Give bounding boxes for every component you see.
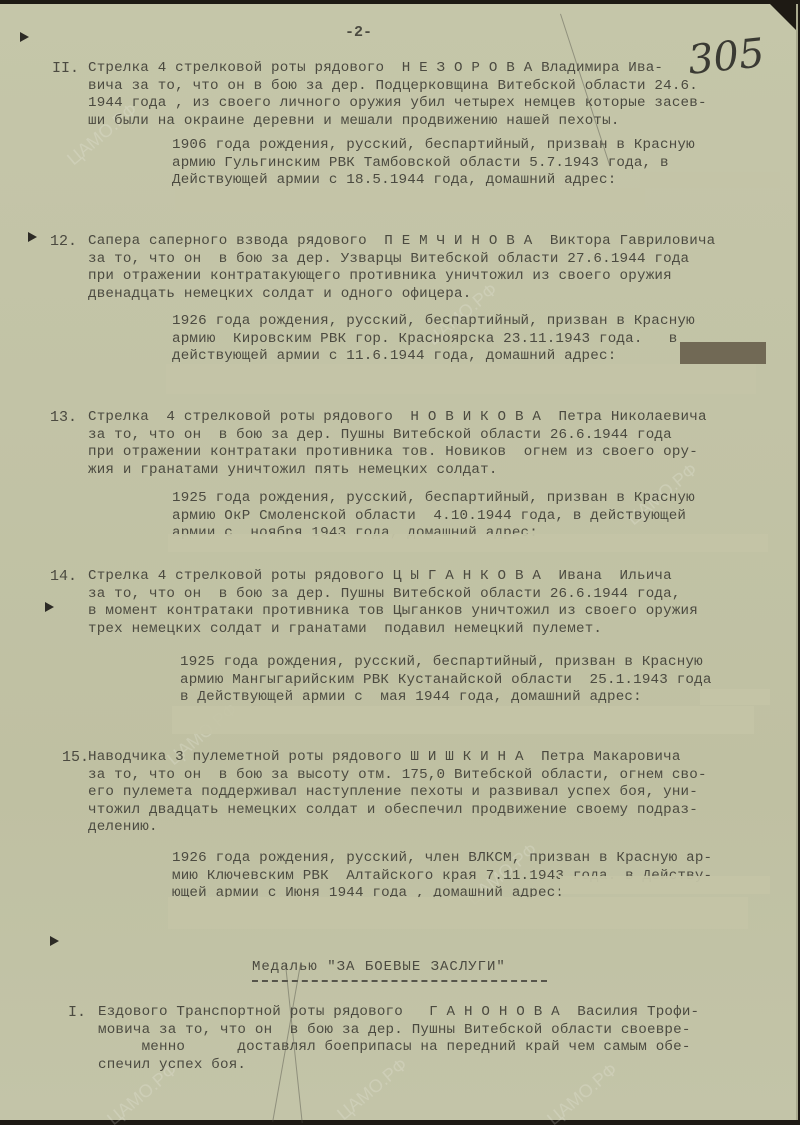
margin-mark [45,602,54,612]
entry-bio: 1926 года рождения, русский, беспартийны… [172,313,695,366]
entry-bio: 1906 года рождения, русский, беспартийны… [172,137,695,190]
redacted-address [166,364,756,394]
entry-number: II. [52,60,79,77]
page-corner [770,4,796,30]
redacted-address [560,876,770,894]
entry-text: Наводчика 3 пулеметной роты рядового Ш И… [88,749,707,837]
entry-number: 14. [50,568,77,585]
entry-text: Сапера саперного взвода рядового П Е М Ч… [88,233,715,303]
entry-bio: 1925 года рождения, русский, беспартийны… [180,654,712,707]
entry-text: Стрелка 4 стрелковой роты рядового Н Е З… [88,60,707,130]
entry-number: 12. [50,233,77,250]
entry-text: Стрелка 4 стрелковой роты рядового Н О В… [88,409,707,479]
margin-mark [28,232,37,242]
redacted-address [640,172,780,188]
redacted-address [168,534,768,552]
redacted-address [172,706,754,734]
margin-mark [50,936,59,946]
entry-number: 13. [50,409,77,426]
redacted-address [168,897,748,929]
redacted-address [680,342,766,364]
entry-number: I. [68,1004,86,1021]
margin-mark [20,32,29,42]
redacted-address [175,188,645,212]
document-page: ЦАМО.РФ ЦАМО.РФ ЦАМО.РФ ЦАМО.РФ ЦАМО.РФ … [0,4,798,1120]
entry-text: Ездового Транспортной роты рядового Г А … [98,1004,699,1074]
page-number: -2- [345,24,372,41]
heading-underline [252,980,547,982]
entry-number: 15. [62,749,89,766]
redacted-address [700,689,770,705]
entry-text: Стрелка 4 стрелковой роты рядового Ц Ы Г… [88,568,698,638]
section-heading: Медалью "ЗА БОЕВЫЕ ЗАСЛУГИ" [252,959,506,975]
